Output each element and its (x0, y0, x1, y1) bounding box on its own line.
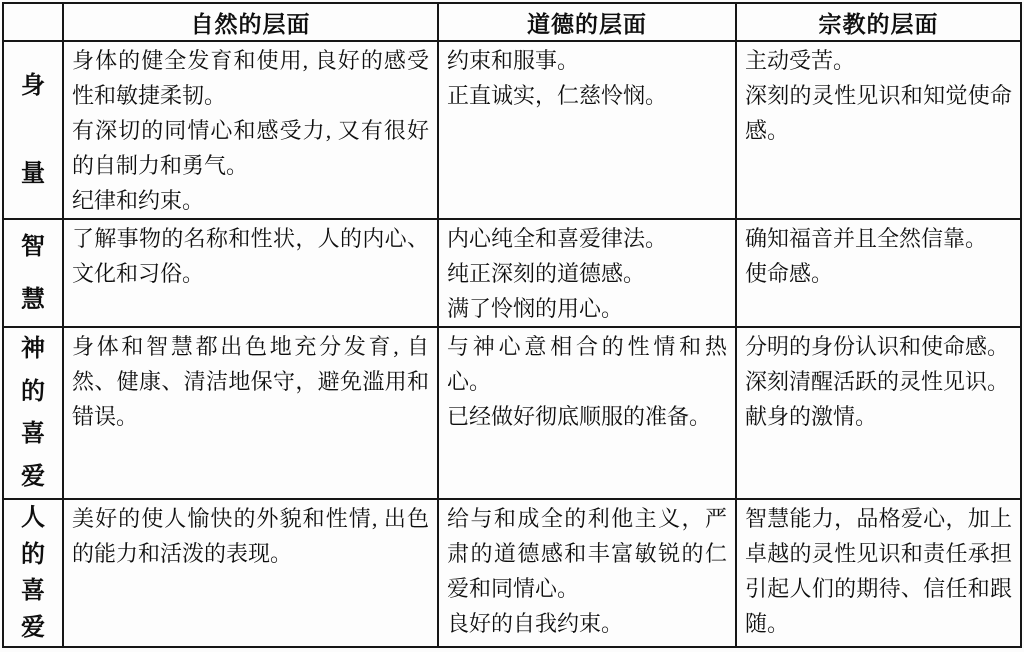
row-header-char: 喜 (21, 422, 45, 446)
cell-paragraph: 与神心意相合的性情和热心。 (447, 329, 727, 399)
cell-paragraph: 满了怜悯的用心。 (447, 291, 727, 326)
cell-natural: 了解事物的名称和性状，人的内心、文化和习俗。 (63, 219, 438, 327)
cell-paragraph: 确知福音并且全然信靠。 (745, 221, 1012, 256)
cell-paragraph: 纪律和约束。 (72, 183, 429, 218)
header-row: 自然的层面 道德的层面 宗教的层面 (3, 3, 1021, 41)
cell-paragraph: 良好的自我约束。 (447, 606, 727, 641)
corner-cell (3, 3, 63, 41)
cell-paragraph: 给与和成全的利他主义，严肃的道德感和丰富敏锐的仁爱和同情心。 (447, 501, 727, 606)
cell-paragraph: 身体的健全发育和使用, 良好的感受性和敏捷柔韧。 (72, 43, 429, 113)
cell-moral: 给与和成全的利他主义，严肃的道德感和丰富敏锐的仁爱和同情心。良好的自我约束。 (438, 499, 736, 647)
row-header-char: 爱 (21, 465, 45, 489)
row-header-char: 慧 (21, 288, 45, 312)
cell-paragraph: 深刻清醒活跃的灵性见识。 (745, 364, 1012, 399)
table-row: 神的喜爱 身体和智慧都出色地充分发育, 自然、健康、清洁地保守，避免滥用和错误。… (3, 327, 1021, 499)
cell-religious: 主动受苦。深刻的灵性见识和知觉使命感。 (736, 41, 1021, 219)
row-header-char: 的 (21, 543, 45, 567)
document-page: 自然的层面 道德的层面 宗教的层面 身量 身体的健全发育和使用, 良好的感受性和… (0, 0, 1024, 652)
row-header-label: 人的喜爱 (4, 500, 62, 646)
cell-paragraph: 有深切的同情心和感受力, 又有很好的自制力和勇气。 (72, 113, 429, 183)
cell-paragraph: 身体和智慧都出色地充分发育, 自然、健康、清洁地保守，避免滥用和错误。 (72, 329, 429, 434)
row-header-char: 人 (21, 506, 45, 530)
row-header-label: 神的喜爱 (4, 328, 62, 498)
cell-paragraph: 已经做好彻底顺服的准备。 (447, 399, 727, 434)
column-header-natural: 自然的层面 (63, 3, 438, 41)
cell-moral: 与神心意相合的性情和热心。已经做好彻底顺服的准备。 (438, 327, 736, 499)
cell-paragraph: 内心纯全和喜爱律法。 (447, 221, 727, 256)
cell-paragraph: 使命感。 (745, 256, 1012, 291)
row-header-cell: 神的喜爱 (3, 327, 63, 499)
cell-natural: 美好的使人愉快的外貌和性情, 出色的能力和活泼的表现。 (63, 499, 438, 647)
table-row: 智慧 了解事物的名称和性状，人的内心、文化和习俗。 内心纯全和喜爱律法。纯正深刻… (3, 219, 1021, 327)
cell-paragraph: 了解事物的名称和性状，人的内心、文化和习俗。 (72, 221, 429, 291)
cell-paragraph: 美好的使人愉快的外貌和性情, 出色的能力和活泼的表现。 (72, 501, 429, 571)
row-header-char: 量 (21, 162, 45, 186)
row-header-char: 神 (21, 337, 45, 361)
column-header-religious: 宗教的层面 (736, 3, 1021, 41)
cell-religious: 智慧能力，品格爱心，加上卓越的灵性见识和责任承担引起人们的期待、信任和跟随。 (736, 499, 1021, 647)
cell-paragraph: 献身的激情。 (745, 399, 1012, 434)
row-header-cell: 智慧 (3, 219, 63, 327)
row-header-cell: 人的喜爱 (3, 499, 63, 647)
row-header-char: 身 (21, 74, 45, 98)
row-header-cell: 身量 (3, 41, 63, 219)
cell-moral: 内心纯全和喜爱律法。纯正深刻的道德感。满了怜悯的用心。 (438, 219, 736, 327)
row-header-label: 智慧 (4, 220, 62, 326)
row-header-char: 喜 (21, 579, 45, 603)
cell-moral: 约束和服事。正直诚实，仁慈怜悯。 (438, 41, 736, 219)
table-row: 身量 身体的健全发育和使用, 良好的感受性和敏捷柔韧。有深切的同情心和感受力, … (3, 41, 1021, 219)
cell-paragraph: 约束和服事。 (447, 43, 727, 78)
cell-paragraph: 主动受苦。 (745, 43, 1012, 78)
comparison-table: 自然的层面 道德的层面 宗教的层面 身量 身体的健全发育和使用, 良好的感受性和… (2, 2, 1022, 648)
row-header-char: 爱 (21, 616, 45, 640)
cell-religious: 确知福音并且全然信靠。使命感。 (736, 219, 1021, 327)
cell-paragraph: 正直诚实，仁慈怜悯。 (447, 78, 727, 113)
cell-paragraph: 分明的身份认识和使命感。 (745, 329, 1012, 364)
cell-natural: 身体和智慧都出色地充分发育, 自然、健康、清洁地保守，避免滥用和错误。 (63, 327, 438, 499)
column-header-moral: 道德的层面 (438, 3, 736, 41)
cell-natural: 身体的健全发育和使用, 良好的感受性和敏捷柔韧。有深切的同情心和感受力, 又有很… (63, 41, 438, 219)
cell-paragraph: 智慧能力，品格爱心，加上卓越的灵性见识和责任承担引起人们的期待、信任和跟随。 (745, 501, 1012, 641)
table-row: 人的喜爱 美好的使人愉快的外貌和性情, 出色的能力和活泼的表现。 给与和成全的利… (3, 499, 1021, 647)
cell-paragraph: 纯正深刻的道德感。 (447, 256, 727, 291)
row-header-label: 身量 (4, 42, 62, 218)
row-header-char: 的 (21, 380, 45, 404)
cell-religious: 分明的身份认识和使命感。深刻清醒活跃的灵性见识。献身的激情。 (736, 327, 1021, 499)
row-header-char: 智 (21, 235, 45, 259)
cell-paragraph: 深刻的灵性见识和知觉使命感。 (745, 78, 1012, 148)
